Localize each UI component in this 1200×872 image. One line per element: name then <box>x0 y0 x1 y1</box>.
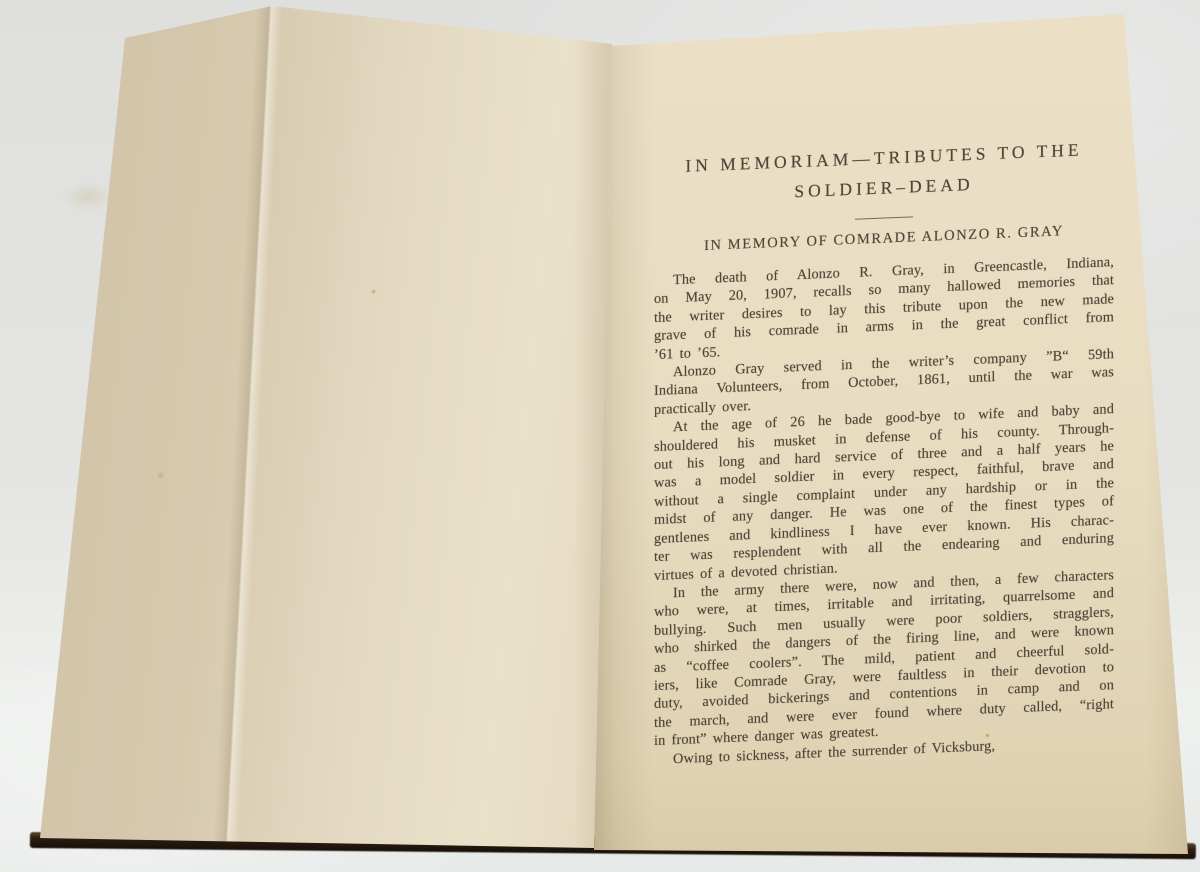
body-text: The death of Alonzo R. Gray, in Greencas… <box>654 253 1114 769</box>
photo-scene: IN MEMORIAM—TRIBUTES TO THE SOLDIER–DEAD… <box>0 0 1200 872</box>
page-text: IN MEMORIAM—TRIBUTES TO THE SOLDIER–DEAD… <box>654 136 1114 769</box>
right-page: IN MEMORIAM—TRIBUTES TO THE SOLDIER–DEAD… <box>590 10 1194 860</box>
left-page <box>36 2 614 848</box>
background-smudge <box>62 182 114 212</box>
spine-shadow <box>36 2 614 848</box>
section-heading: IN MEMORY OF COMRADE ALONZO R. GRAY <box>654 221 1114 257</box>
title-divider <box>855 216 913 219</box>
